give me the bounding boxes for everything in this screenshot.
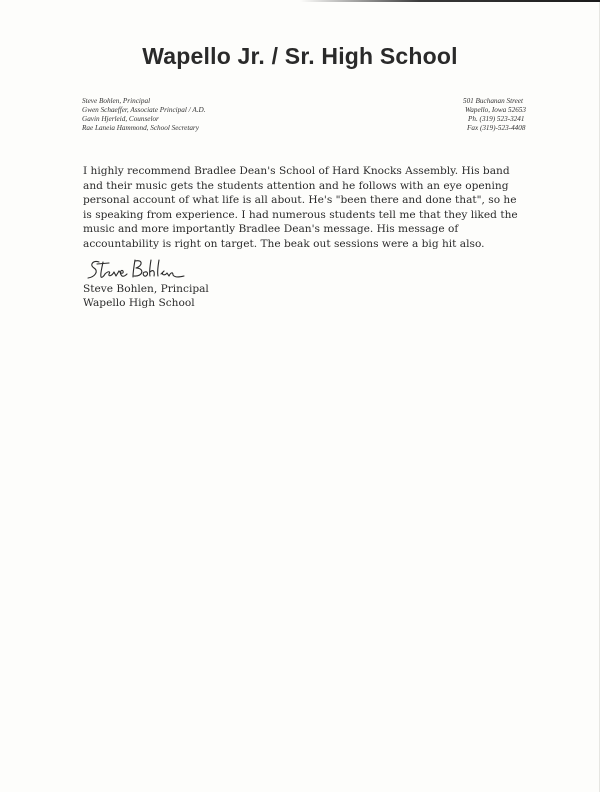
body-line: is speaking from experience. I had numer… bbox=[83, 208, 553, 223]
staff-line: Gavin Hjerleid, Counselor bbox=[82, 115, 206, 124]
staff-list: Steve Bohlen, Principal Gwen Schaeffer, … bbox=[82, 97, 206, 133]
school-name-heading: Wapello Jr. / Sr. High School bbox=[0, 43, 600, 70]
staff-line: Steve Bohlen, Principal bbox=[82, 97, 206, 106]
letter-page: Wapello Jr. / Sr. High School Steve Bohl… bbox=[0, 0, 600, 792]
scan-edge-shadow bbox=[300, 0, 600, 2]
body-line: accountability is right on target. The b… bbox=[83, 237, 553, 252]
body-line: personal account of what life is all abo… bbox=[83, 193, 553, 208]
body-line: I highly recommend Bradlee Dean's School… bbox=[83, 164, 553, 179]
body-line: and their music gets the students attent… bbox=[83, 179, 553, 194]
school-address: 501 Buchanan Street Wapello, Iowa 52653 … bbox=[463, 97, 526, 133]
signer-name-title: Steve Bohlen, Principal bbox=[83, 282, 209, 296]
address-city: Wapello, Iowa 52653 bbox=[463, 106, 526, 115]
address-fax: Fax (319)-523-4408 bbox=[463, 124, 526, 133]
body-line: music and more importantly Bradlee Dean'… bbox=[83, 222, 553, 237]
staff-line: Gwen Schaeffer, Associate Principal / A.… bbox=[82, 106, 206, 115]
staff-line: Rae Laneia Hammond, School Secretary bbox=[82, 124, 206, 133]
signature-block: Steve Bohlen, Principal Wapello High Sch… bbox=[83, 282, 209, 310]
letter-body: I highly recommend Bradlee Dean's School… bbox=[83, 164, 553, 251]
signer-school: Wapello High School bbox=[83, 296, 209, 310]
address-street: 501 Buchanan Street bbox=[463, 97, 526, 106]
address-phone: Ph. (319) 523-3241 bbox=[463, 115, 526, 124]
